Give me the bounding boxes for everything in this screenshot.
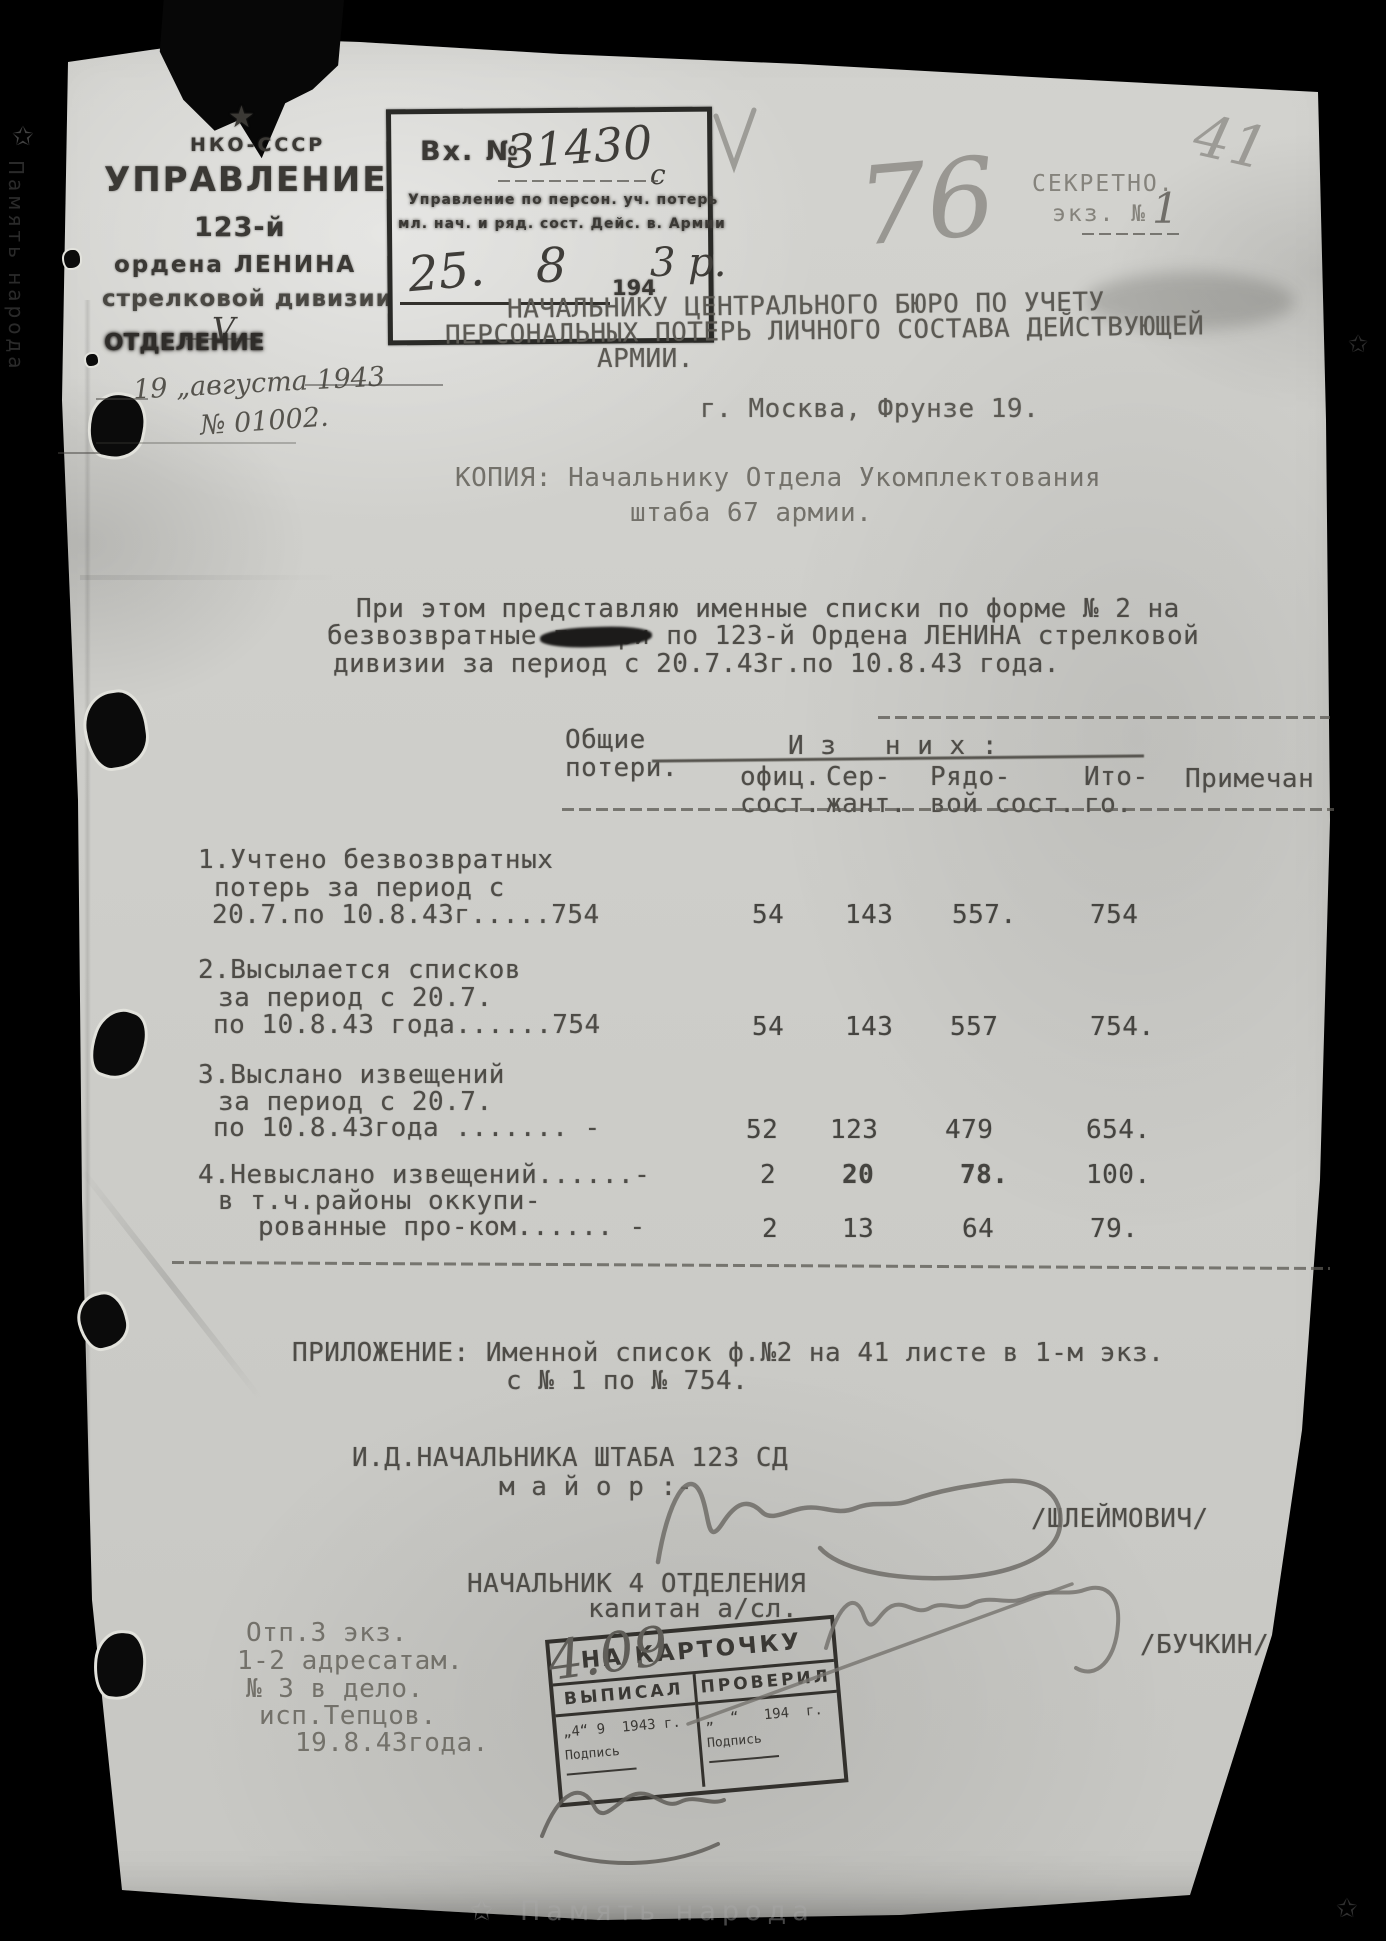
table-cell: 479 [945, 1115, 993, 1145]
table-subcol-privates-1: Рядо- [930, 762, 1011, 792]
footer-file: № 3 в дело. [246, 1674, 424, 1704]
table-row: рованные про-ком...... - [258, 1212, 646, 1242]
table-cell: 557. [952, 900, 1017, 930]
table-subcol-total-1: Ито- [1084, 762, 1149, 792]
table-subcol-officers-1: офиц. [740, 762, 821, 792]
watermark-star-icon: ✩ [12, 122, 40, 152]
table-row: по 10.8.43года ....... - [213, 1113, 601, 1143]
incoming-stamp-number: 31430 [504, 115, 654, 179]
table-row: за период с 20.7. [218, 983, 493, 1013]
attachment-line2: с № 1 по № 754. [506, 1366, 748, 1396]
table-cell: 54 [752, 900, 784, 930]
table-cell: 2 [762, 1214, 778, 1244]
table-cell: 100. [1086, 1160, 1151, 1190]
chief-of-staff-title: И.Д.НАЧАЛЬНИКА ШТАБА 123 СД [352, 1443, 788, 1473]
margin-line [58, 452, 100, 454]
table-cell: 654. [1086, 1115, 1151, 1145]
stamp-date-month: 8 [536, 238, 567, 294]
copy-number-label: экз. № [1052, 201, 1147, 227]
letterhead-org-dept: ОТДЕЛЕНИЕ [104, 330, 264, 356]
table-row: 2.Высылается списков [198, 955, 521, 985]
letterhead-org-award: ордена ЛЕНИНА [114, 252, 356, 278]
table-cell: 79. [1090, 1214, 1138, 1244]
table-cell: 143 [845, 900, 893, 930]
table-row: 3.Выслано извещений [198, 1060, 505, 1090]
table-subcol-total-2: го. [1084, 789, 1132, 819]
table-cell: 143 [845, 1012, 893, 1042]
footer-addressees: 1-2 адресатам. [237, 1646, 463, 1676]
table-cell: 78. [960, 1160, 1008, 1190]
paper-speck [62, 248, 82, 270]
table-cell: 54 [752, 1012, 784, 1042]
table-cell: 64 [962, 1214, 994, 1244]
table-cell: 20 [842, 1160, 874, 1190]
scanned-document-page: { "watermark": {"text": "Память народа",… [0, 0, 1386, 1941]
footer-copies: Отп.3 экз. [246, 1618, 408, 1648]
copy-to-line1: КОПИЯ: Начальнику Отдела Укомплектования [455, 463, 1101, 493]
incoming-stamp-org2: мл. нач. и ряд. сост. Дейс. в. Армии [398, 216, 726, 232]
paper-speck [84, 352, 100, 368]
table-rule-header-bottom [562, 808, 1334, 811]
table-cell: 557 [950, 1012, 998, 1042]
table-row: по 10.8.43 года......754 [213, 1010, 601, 1040]
letterhead-org-top: НКО-СССР [190, 134, 325, 156]
pencil-page-number: 76 [853, 134, 1001, 271]
watermark-text-left: Память народа [4, 160, 28, 373]
attachment-line1: ПРИЛОЖЕНИЕ: Именной список ф.№2 на 41 ли… [292, 1338, 1164, 1368]
watermark-star-icon: ✩ [470, 1894, 499, 1927]
table-cell: 13 [842, 1214, 874, 1244]
table-cell: 754 [1090, 900, 1138, 930]
table-subcol-privates-2: вой сост. [930, 789, 1075, 819]
table-cell: 52 [746, 1115, 778, 1145]
stamp-date-year-hw: 3 р. [650, 240, 726, 286]
stamp-date-day: 25. [406, 241, 487, 303]
table-row: потерь за период с [214, 873, 505, 903]
stamp-underline [498, 180, 658, 182]
margin-line [96, 442, 296, 444]
table-cell: 123 [830, 1115, 878, 1145]
table-subcol-sergeants-1: Сер- [826, 762, 891, 792]
table-row: 1.Учтено безвозвратных [198, 845, 553, 875]
letterhead-org-main: УПРАВЛЕНИЕ [104, 160, 387, 200]
section-chief-name: /БУЧКИН/ [1140, 1630, 1269, 1660]
table-row: 20.7.по 10.8.43г.....754 [212, 900, 600, 930]
margin-line [96, 398, 148, 400]
recipient-line3: АРМИИ. [597, 344, 694, 374]
copy-to-line2: штаба 67 армии. [630, 498, 872, 528]
table-subcol-sergeants-2: жант. [826, 789, 907, 819]
margin-line [305, 384, 443, 386]
table-cell: 754. [1090, 1012, 1155, 1042]
body-line2: безвозвратные потери по 123-й Ордена ЛЕН… [327, 621, 1199, 651]
letterhead-org-type: стрелковой дивизии [102, 286, 393, 312]
table-col-total-1: Общие [565, 725, 646, 755]
stamp-date-line [400, 302, 510, 305]
table-rule-top [878, 716, 1330, 719]
handwritten-copy-number: 1 [1152, 184, 1179, 233]
star-icon: ★ [228, 100, 255, 135]
body-line1: При этом представляю именные списки по ф… [356, 594, 1180, 624]
copy-number-underline [1082, 233, 1182, 235]
table-cell: 2 [760, 1160, 776, 1190]
table-subcol-officers-2: сост. [740, 789, 821, 819]
table-col-notes: Примечан [1185, 764, 1314, 794]
chief-of-staff-name: /ШЛЕЙМОВИЧ/ [1031, 1504, 1209, 1534]
watermark-text-bottom: Память народа [520, 1896, 815, 1927]
watermark-star-icon: ✩ [1348, 330, 1374, 358]
recipient-address: г. Москва, Фрунзе 19. [700, 394, 1039, 424]
footer-executor: исп.Тепцов. [259, 1701, 437, 1731]
incoming-stamp-suffix: с [650, 158, 666, 191]
footer-date: 19.8.43года. [295, 1728, 489, 1758]
body-line3: дивизии за период с 20.7.43г.по 10.8.43 … [333, 649, 1060, 679]
chief-of-staff-rank: м а й о р :- [499, 1472, 693, 1502]
letterhead-org-num: 123-й [194, 212, 285, 243]
watermark-star-icon: ✩ [1336, 1894, 1364, 1924]
table-col-total-2: потери. [565, 753, 678, 783]
incoming-stamp-org1: Управление по персон. уч. потерь [408, 192, 718, 208]
